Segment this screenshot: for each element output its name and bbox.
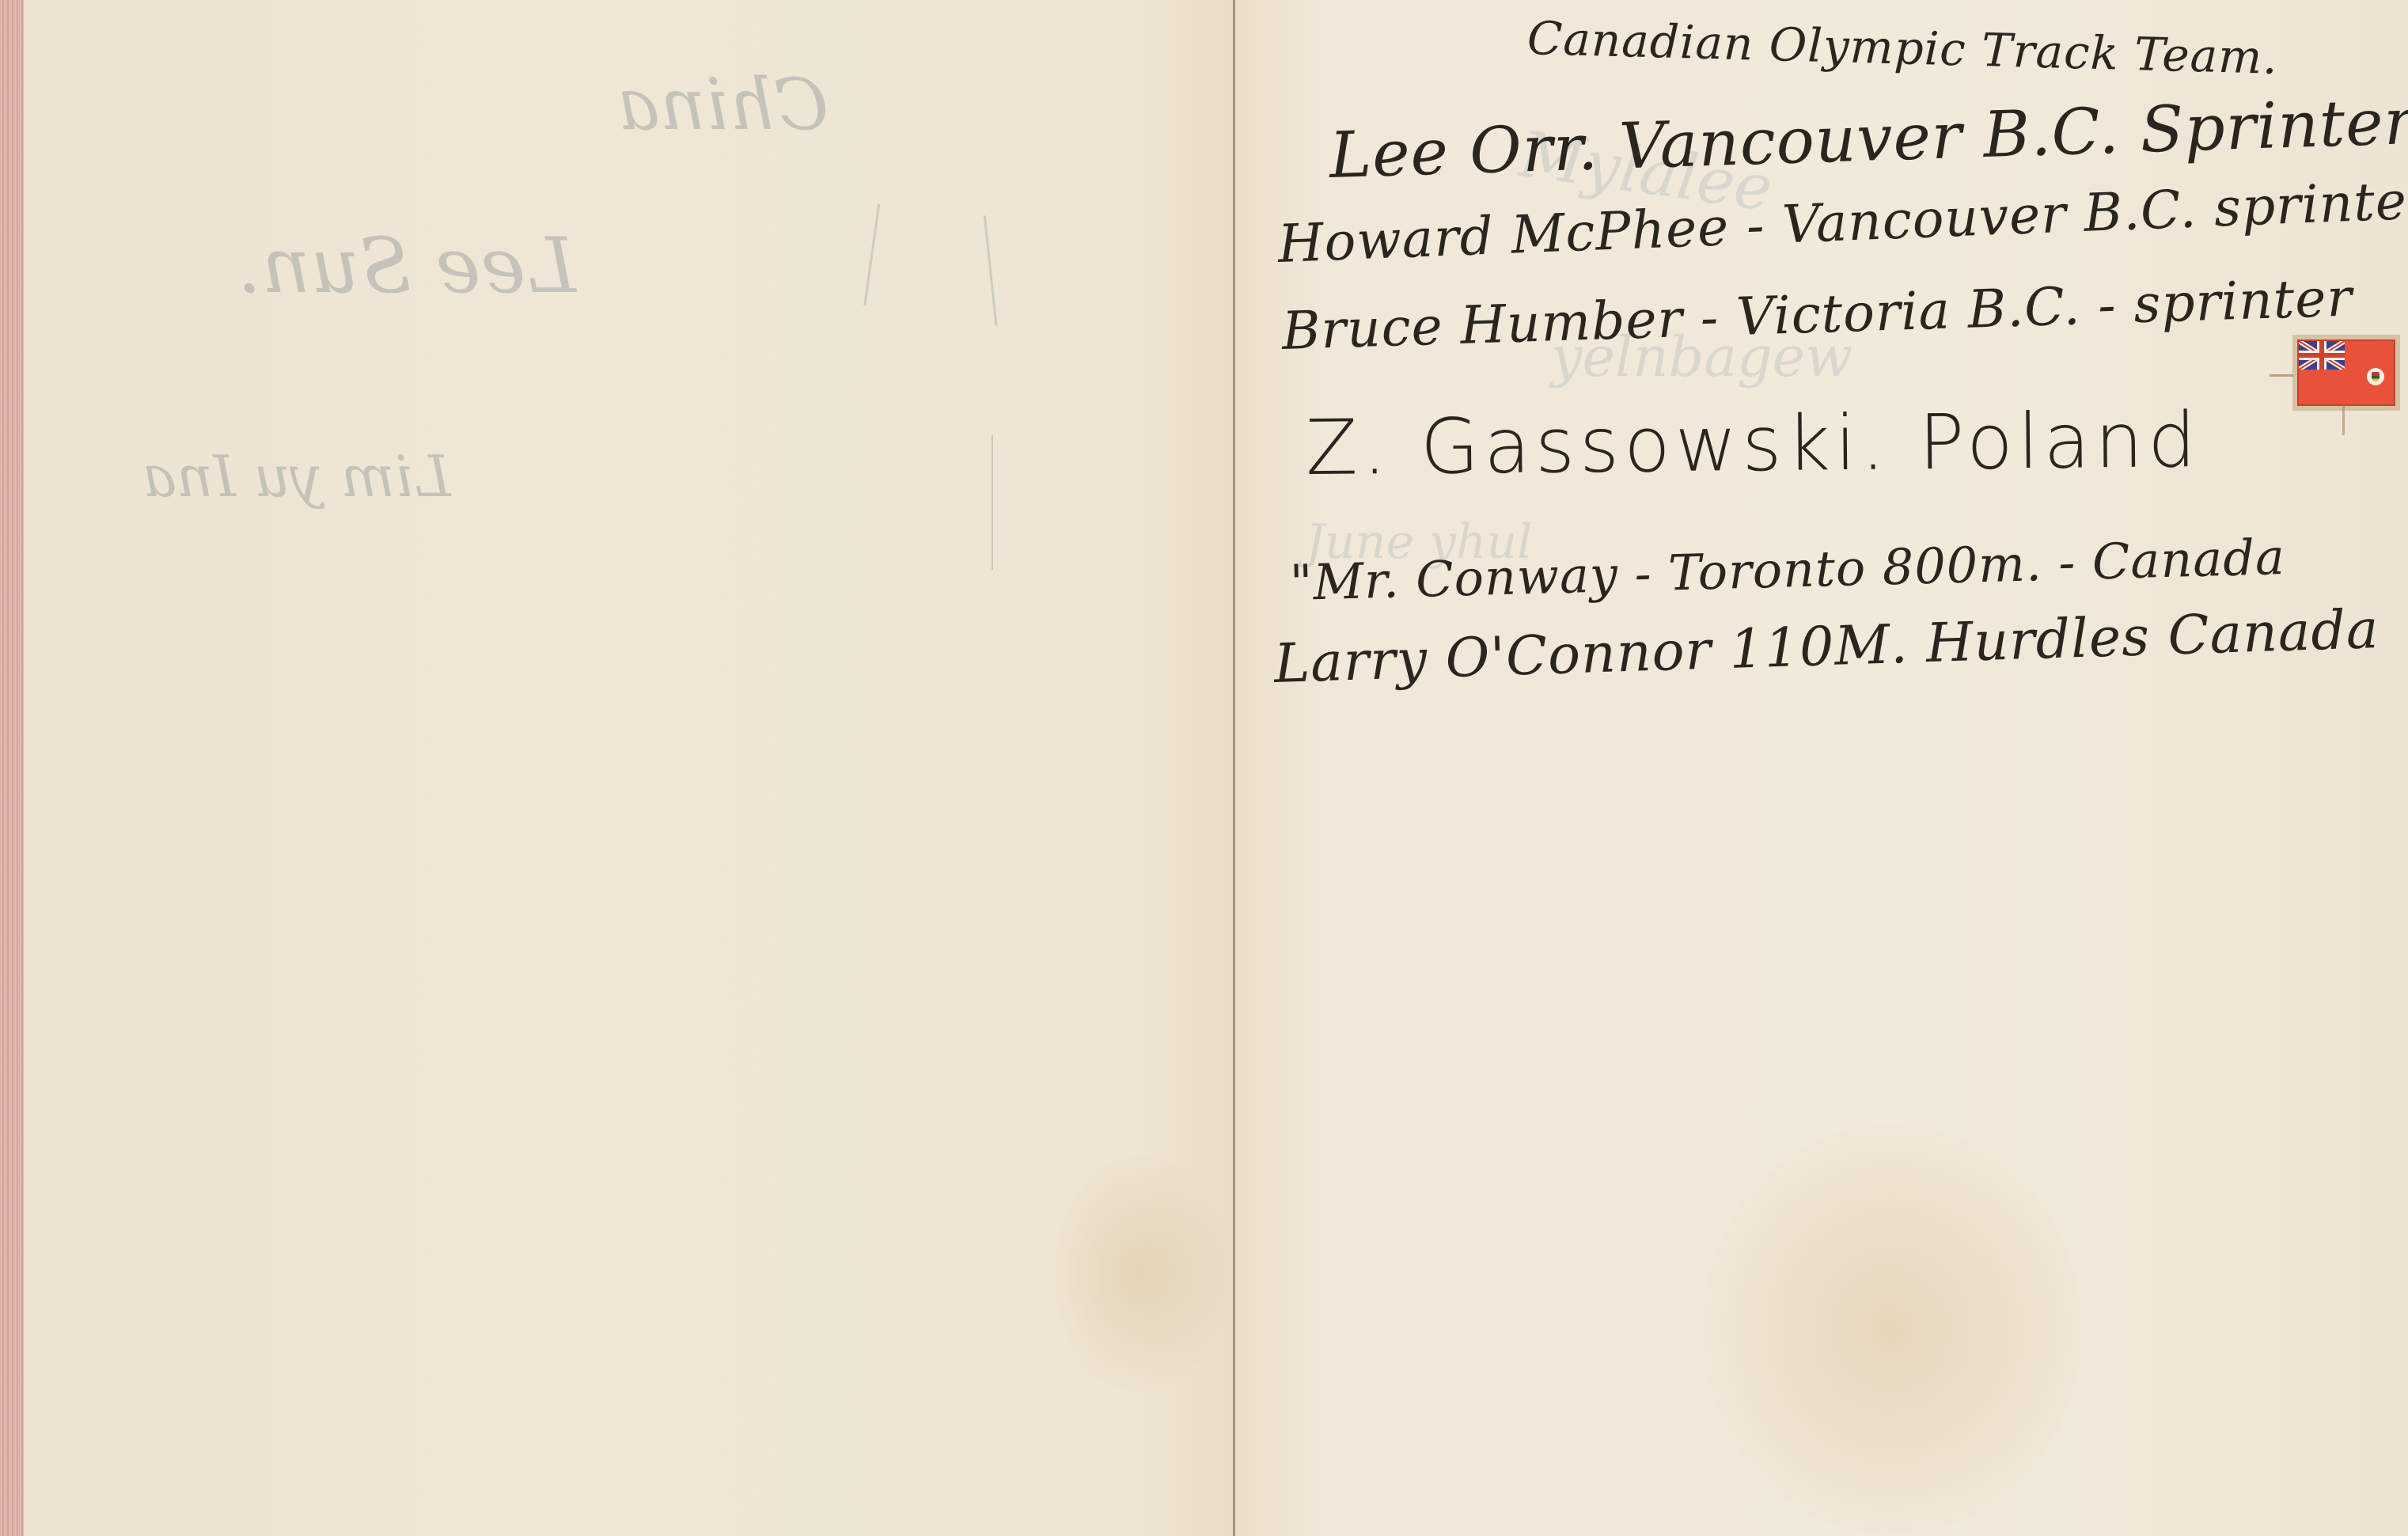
- offset-text-line-2: Lee Sun.: [237, 222, 576, 310]
- coat-of-arms-icon: [2367, 368, 2384, 385]
- pin-mark: [2270, 374, 2293, 377]
- book-spread: China Lee Sun. Lim yu Ina Mylalee yelnba…: [0, 0, 2408, 1536]
- left-page: [24, 0, 1234, 1536]
- pin-mark: [2342, 404, 2345, 435]
- foxing-stain: [1701, 1124, 2081, 1535]
- offset-vertical-stroke: [992, 435, 993, 570]
- autograph-entry: Z. Gassowski. Poland: [1306, 396, 2201, 492]
- foxing-stain: [1052, 1155, 1227, 1393]
- offset-text-line-3: Lim yu Ina: [142, 443, 451, 510]
- offset-text-line-1: China: [617, 63, 829, 146]
- union-jack-icon: [2299, 341, 2345, 370]
- canadian-red-ensign-flag-icon: [2297, 339, 2395, 406]
- page-edges: [0, 0, 25, 1536]
